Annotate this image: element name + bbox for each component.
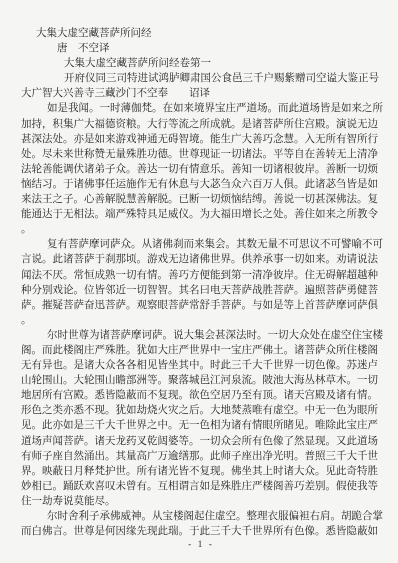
text-line: 道场声闻菩萨。诸天龙药叉乾闼婆等。一切众会所有色像了然显现。又此道场 — [21, 434, 381, 449]
text-line: 大广智大兴善寺三藏沙门不空奉 诏译 — [21, 86, 381, 101]
text-line: 处。尽未来世称赞无量殊胜功德。世尊现证一切诸法。平等自在善转无上清净 — [21, 147, 381, 162]
text-line: 。 — [21, 313, 381, 328]
text-line: 有师子座自然涌出。其量高广万逾缮那。此师子座出净光明。普照三千大千世 — [21, 449, 381, 464]
document-page: 大集大虚空藏菩萨所问经唐 不空译大集大虚空藏菩萨所问经卷第一开府仪同三司特进试鸿… — [0, 0, 398, 563]
text-line: 住一劫寿说莫能尽。 — [21, 494, 381, 509]
text-line: 复有菩萨摩诃萨众。从诸佛刹而来集会。其数无量不可思议不可譬喻不可 — [21, 237, 381, 252]
text-line: 唐 不空译 — [21, 41, 381, 56]
text-line: 山轮围山。大轮围山瞻部洲等。聚落城邑江河泉流。陂池大海丛林草木。一切 — [21, 373, 381, 388]
sutra-text-body: 大集大虚空藏菩萨所问经唐 不空译大集大虚空藏菩萨所问经卷第一开府仪同三司特进试鸿… — [21, 26, 381, 539]
text-line: 甚深法处。亦是如来游戏神通无碍智境。能生广大善巧念慧。入无所有智所行 — [21, 132, 381, 147]
text-line: 界。映蔽日月释梵护世。所有诸光皆不复现。佛坐其上时诸大众。见此奇特胜 — [21, 464, 381, 479]
text-line: 法轮善能调伏诸弟子众。善达一切有情意乐。善知一切诸根彼岸。善断一切烦 — [21, 162, 381, 177]
text-line: 种分别戏论。位皆邻近一切智智。其名曰电天菩萨战胜菩萨。遍照菩萨勇健菩 — [21, 283, 381, 298]
text-line: 萨。摧疑菩萨奋迅菩萨。观察眼菩萨常舒手菩萨。与如是等上首菩萨摩诃萨俱 — [21, 298, 381, 313]
text-line: 尔时舍利子承佛威神。从宝楼阁起住虚空。整理衣服偏袒右肩。胡跪合掌 — [21, 509, 381, 524]
text-line: 能通达于无相法。端严殊特具足威仪。为大福田增长之处。善住如来之所教令 — [21, 207, 381, 222]
text-line: 妙相已。踊跃欢喜叹未曾有。互相谓言如是殊胜庄严楼阁善巧差别。假使我等 — [21, 479, 381, 494]
text-line: 恼结习。于诸佛事任运施作无有休息与大苾刍众六百万人俱。此诸苾刍皆是如 — [21, 177, 381, 192]
text-line: 大集大虚空藏菩萨所问经卷第一 — [21, 56, 381, 71]
text-line: 尔时世尊为诸菩萨摩诃萨。说大集会甚深法时。一切大众处在虚空住宝楼 — [21, 328, 381, 343]
text-line: 地居所有宫殿。悉皆隐蔽而不复现。欲色空居乃至有顶。诸天宫殿及诸有情。 — [21, 388, 381, 403]
text-line: 无有异也。是诸大众各各相见皆坐其中。时此三千大千世界一切色像。苏迷卢 — [21, 358, 381, 373]
text-line: 闻法不厌。常恒成熟一切有情。善巧方便能到第一清净彼岸。住无碍解超越种 — [21, 268, 381, 283]
text-line: 来法王之子。心善解脱慧善解脱。已断一切烦恼结缚。善说一切甚深佛法。复 — [21, 192, 381, 207]
text-line: 见。此亦如是三千大千世界之中。无一色相为诸有情眼所睹见。唯除此宝庄严 — [21, 418, 381, 433]
text-line: 而白佛言。世尊是何因缘先现此瑞。于此三千大千世界所有色像。悉皆隐蔽如 — [21, 524, 381, 539]
text-line: 言说。此诸菩萨于刹那顷。游戏无边诸佛世界。供养承事一切如来。劝请说法 — [21, 252, 381, 267]
text-line: 大集大虚空藏菩萨所问经 — [21, 26, 381, 41]
page-number: - 1 - — [21, 540, 381, 550]
text-line: 开府仪同三司特进试鸿胪卿肃国公食邑三千户赐紫赠司空谥大鉴正号 — [21, 71, 381, 86]
text-line: 如是我闻。一时薄伽梵。在如来境界宝庄严道场。而此道场皆是如来之所 — [21, 101, 381, 116]
text-line: 加持，积集广大福德资粮。大行等流之所成就。是诸菩萨所住宫殿。演说无边 — [21, 117, 381, 132]
text-line: 。 — [21, 222, 381, 237]
text-line: 形色之类亦悉不现。犹如劫烧火灾之后。大地焚蒸唯有虚空。中无一色为眼所 — [21, 403, 381, 418]
text-line: 阁。而此楼阁庄严殊胜。犹如大庄严世界中一宝庄严佛土。诸菩萨众所住楼阁 — [21, 343, 381, 358]
